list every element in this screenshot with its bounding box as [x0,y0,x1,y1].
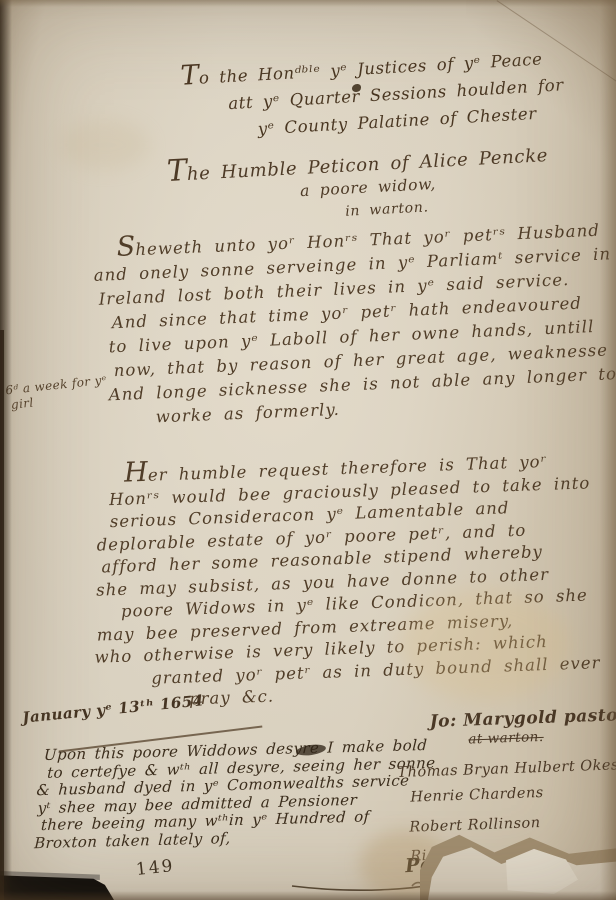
curled-corner-shading [466,0,616,160]
parchment-stain [60,120,150,170]
folio-number: 149 [135,856,175,880]
endorser-name: Thomas Bryan Hulbert Okes [397,756,616,783]
parchment-stain [400,590,570,700]
endorser-name: Robert Rollinson [409,811,616,838]
page-binding-edge [0,330,4,900]
endorser-name: Henrie Chardens [410,781,616,808]
certification-note: Upon this poore Widdows desyre I make bo… [34,737,437,853]
petition-body-paragraph-1: Sheweth unto yoʳ Honʳˢ That yoʳ petʳˢ Hu… [92,215,616,432]
page-bottom-edge-shadow [0,891,616,900]
manuscript-page: To the Honᵈᵇˡᵉ yᵉ Justices of yᵉ Peace a… [0,0,616,900]
marginal-note: 6ᵈ a week for yᵉ girl [5,373,109,413]
